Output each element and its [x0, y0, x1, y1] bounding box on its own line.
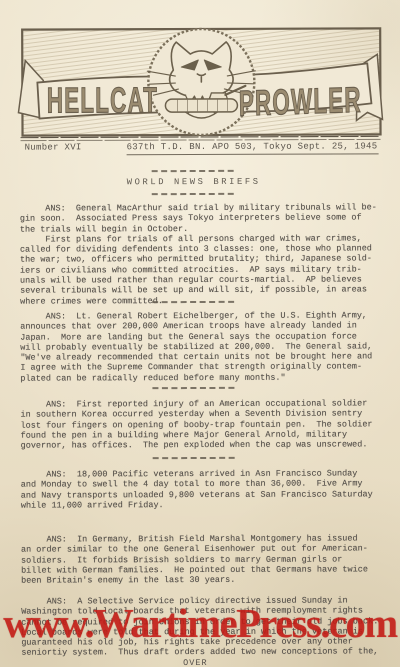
- article-montgomery-order: ANS: In Germany, British Field Marshal M…: [21, 533, 368, 586]
- banner-title-left: HELLCAT: [47, 81, 158, 121]
- unit-dateline: 637th T.D. BN. APO 503, Tokyo Sept. 25, …: [127, 141, 379, 155]
- masthead-row: Number XVI 637th T.D. BN. APO 503, Tokyo…: [25, 141, 379, 155]
- issue-number: Number XVI: [25, 142, 127, 155]
- masthead-banner: HELLCAT PROWLER: [0, 0, 400, 147]
- section-divider: [153, 457, 235, 459]
- section-divider: [152, 387, 234, 389]
- typed-content: HELLCAT PROWLER Number XVI 637th T.D. BN…: [0, 0, 400, 667]
- article-eichelberger-occupation: ANS: Lt. General Robert Eichelberger, of…: [20, 310, 372, 383]
- section-divider: [152, 301, 234, 303]
- watermark-text: www.WartimePress.com: [2, 599, 398, 647]
- banner-title-right: PROWLER: [239, 81, 362, 124]
- page-heading: WORLD NEWS BRIEFS: [0, 176, 388, 187]
- article-pacific-veterans: ANS: 18,000 Pacific veterans arrived in …: [21, 468, 373, 510]
- section-divider: [152, 170, 234, 172]
- over-label: OVER: [1, 657, 389, 667]
- article-korea-booby-trap: ANS: First reported injury of an America…: [20, 398, 372, 451]
- section-divider: [152, 193, 234, 195]
- banner-underline-rule: [21, 136, 381, 140]
- article-macarthur-trials: ANS: General MacArthur said trial by mil…: [20, 202, 377, 306]
- newsletter-page: HELLCAT PROWLER Number XVI 637th T.D. BN…: [0, 0, 400, 667]
